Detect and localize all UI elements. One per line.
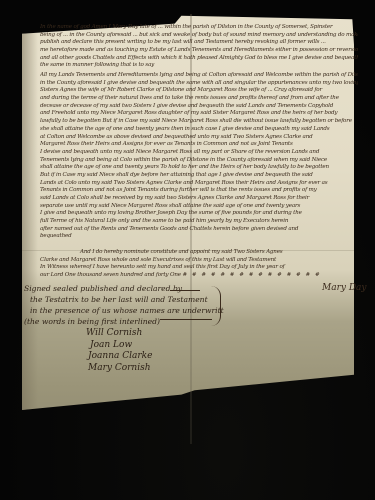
text-line: bequeathed [40, 233, 358, 241]
text-line: and during the terme of their natural li… [40, 95, 358, 103]
testator-signature: Mary Day [322, 283, 367, 293]
flourish-rule [160, 319, 212, 320]
text-line: the same in manner following that is to … [40, 62, 358, 70]
witness-signature: Will Cornish [86, 328, 152, 340]
date-clause: our Lord One thousand seven hundred and … [40, 272, 181, 278]
text-line: In Witness whereof I have hereunto sett … [40, 264, 358, 272]
text-line: But if in Case my said Niece shall dye b… [40, 172, 358, 180]
text-line: All my Lands Tenements and Hereditaments… [40, 72, 358, 80]
text-line: Tenements lying and being at Colo within… [40, 157, 358, 165]
text-line: In the name of god Amen I Mary Day late … [40, 24, 358, 32]
fill-marks: # # # # # # # # # # # # # # # [182, 272, 321, 278]
text-line: being of ... in the County aforesaid ...… [40, 32, 358, 40]
text-line: in the County aforesaid I give devise an… [40, 80, 358, 88]
executors-paragraph: And I do hereby nominate constitute and … [40, 249, 358, 280]
text-line: And I do hereby nominate constitute and … [40, 249, 358, 257]
text-line: I devise and bequeath unto my said Niece… [40, 149, 358, 157]
attestation-line: the Testatrix to be her last will and Te… [24, 294, 224, 305]
text-line: me heretofore made and as touching my Es… [40, 47, 358, 55]
text-line: at Colton and Welcombe as above devised … [40, 134, 358, 142]
text-line: Lands at Colo unto my said Two Sisters A… [40, 180, 358, 188]
text-line: and all other goods Chattels and Effects… [40, 55, 358, 63]
text-line: lawfully to be begotten But if in Case m… [40, 118, 358, 126]
devise-paragraph: All my Lands Tenements and Hereditaments… [40, 72, 358, 241]
text-line: our Lord One thousand seven hundred and … [40, 272, 358, 280]
text-line: Margaret Ross their Heirs and Assigns fo… [40, 141, 358, 149]
text-line: Tenants in Common and not as Joint Tenan… [40, 187, 358, 195]
witness-signature: Joan Low [86, 340, 152, 352]
attestation-line: Signed sealed published and declared by [24, 283, 224, 294]
text-line: and Freehold unto my Niece Margaret Ross… [40, 110, 358, 118]
witness-signature: Mary Cornish [86, 363, 152, 375]
text-line: shall attaine the age of one and twenty … [40, 164, 358, 172]
attestation-brace [210, 286, 221, 326]
text-line: she shall attaine the age of one and twe… [40, 126, 358, 134]
text-line: I give and bequeath unto my loving Broth… [40, 210, 358, 218]
text-line: separate use until my said Niece Margare… [40, 203, 358, 211]
preamble-paragraph: In the name of god Amen I Mary Day late … [40, 24, 358, 70]
text-line: full Terme of his Natural Life only and … [40, 218, 358, 226]
text-line: after named out of the Rents and Tenemen… [40, 226, 358, 234]
text-line: Sisters Agnes the wife of Mr Robert Clar… [40, 87, 358, 95]
text-line: Clarke and Margaret Ross whole and sole … [40, 257, 358, 265]
text-line: said Lands at Colo shall be received by … [40, 195, 358, 203]
attestation-line: (the words in being first interlined) [24, 316, 224, 327]
text-line: decease or decease of my said two Sister… [40, 103, 358, 111]
witness-signatures: Will Cornish Joan Low Joanna Clarke Mary… [86, 328, 152, 374]
witness-signature: Joanna Clarke [86, 351, 152, 363]
text-line: publish and declare this present writing… [40, 39, 358, 47]
flourish-rule [170, 290, 200, 291]
attestation-line: in the presence of us whose names are un… [24, 305, 224, 316]
